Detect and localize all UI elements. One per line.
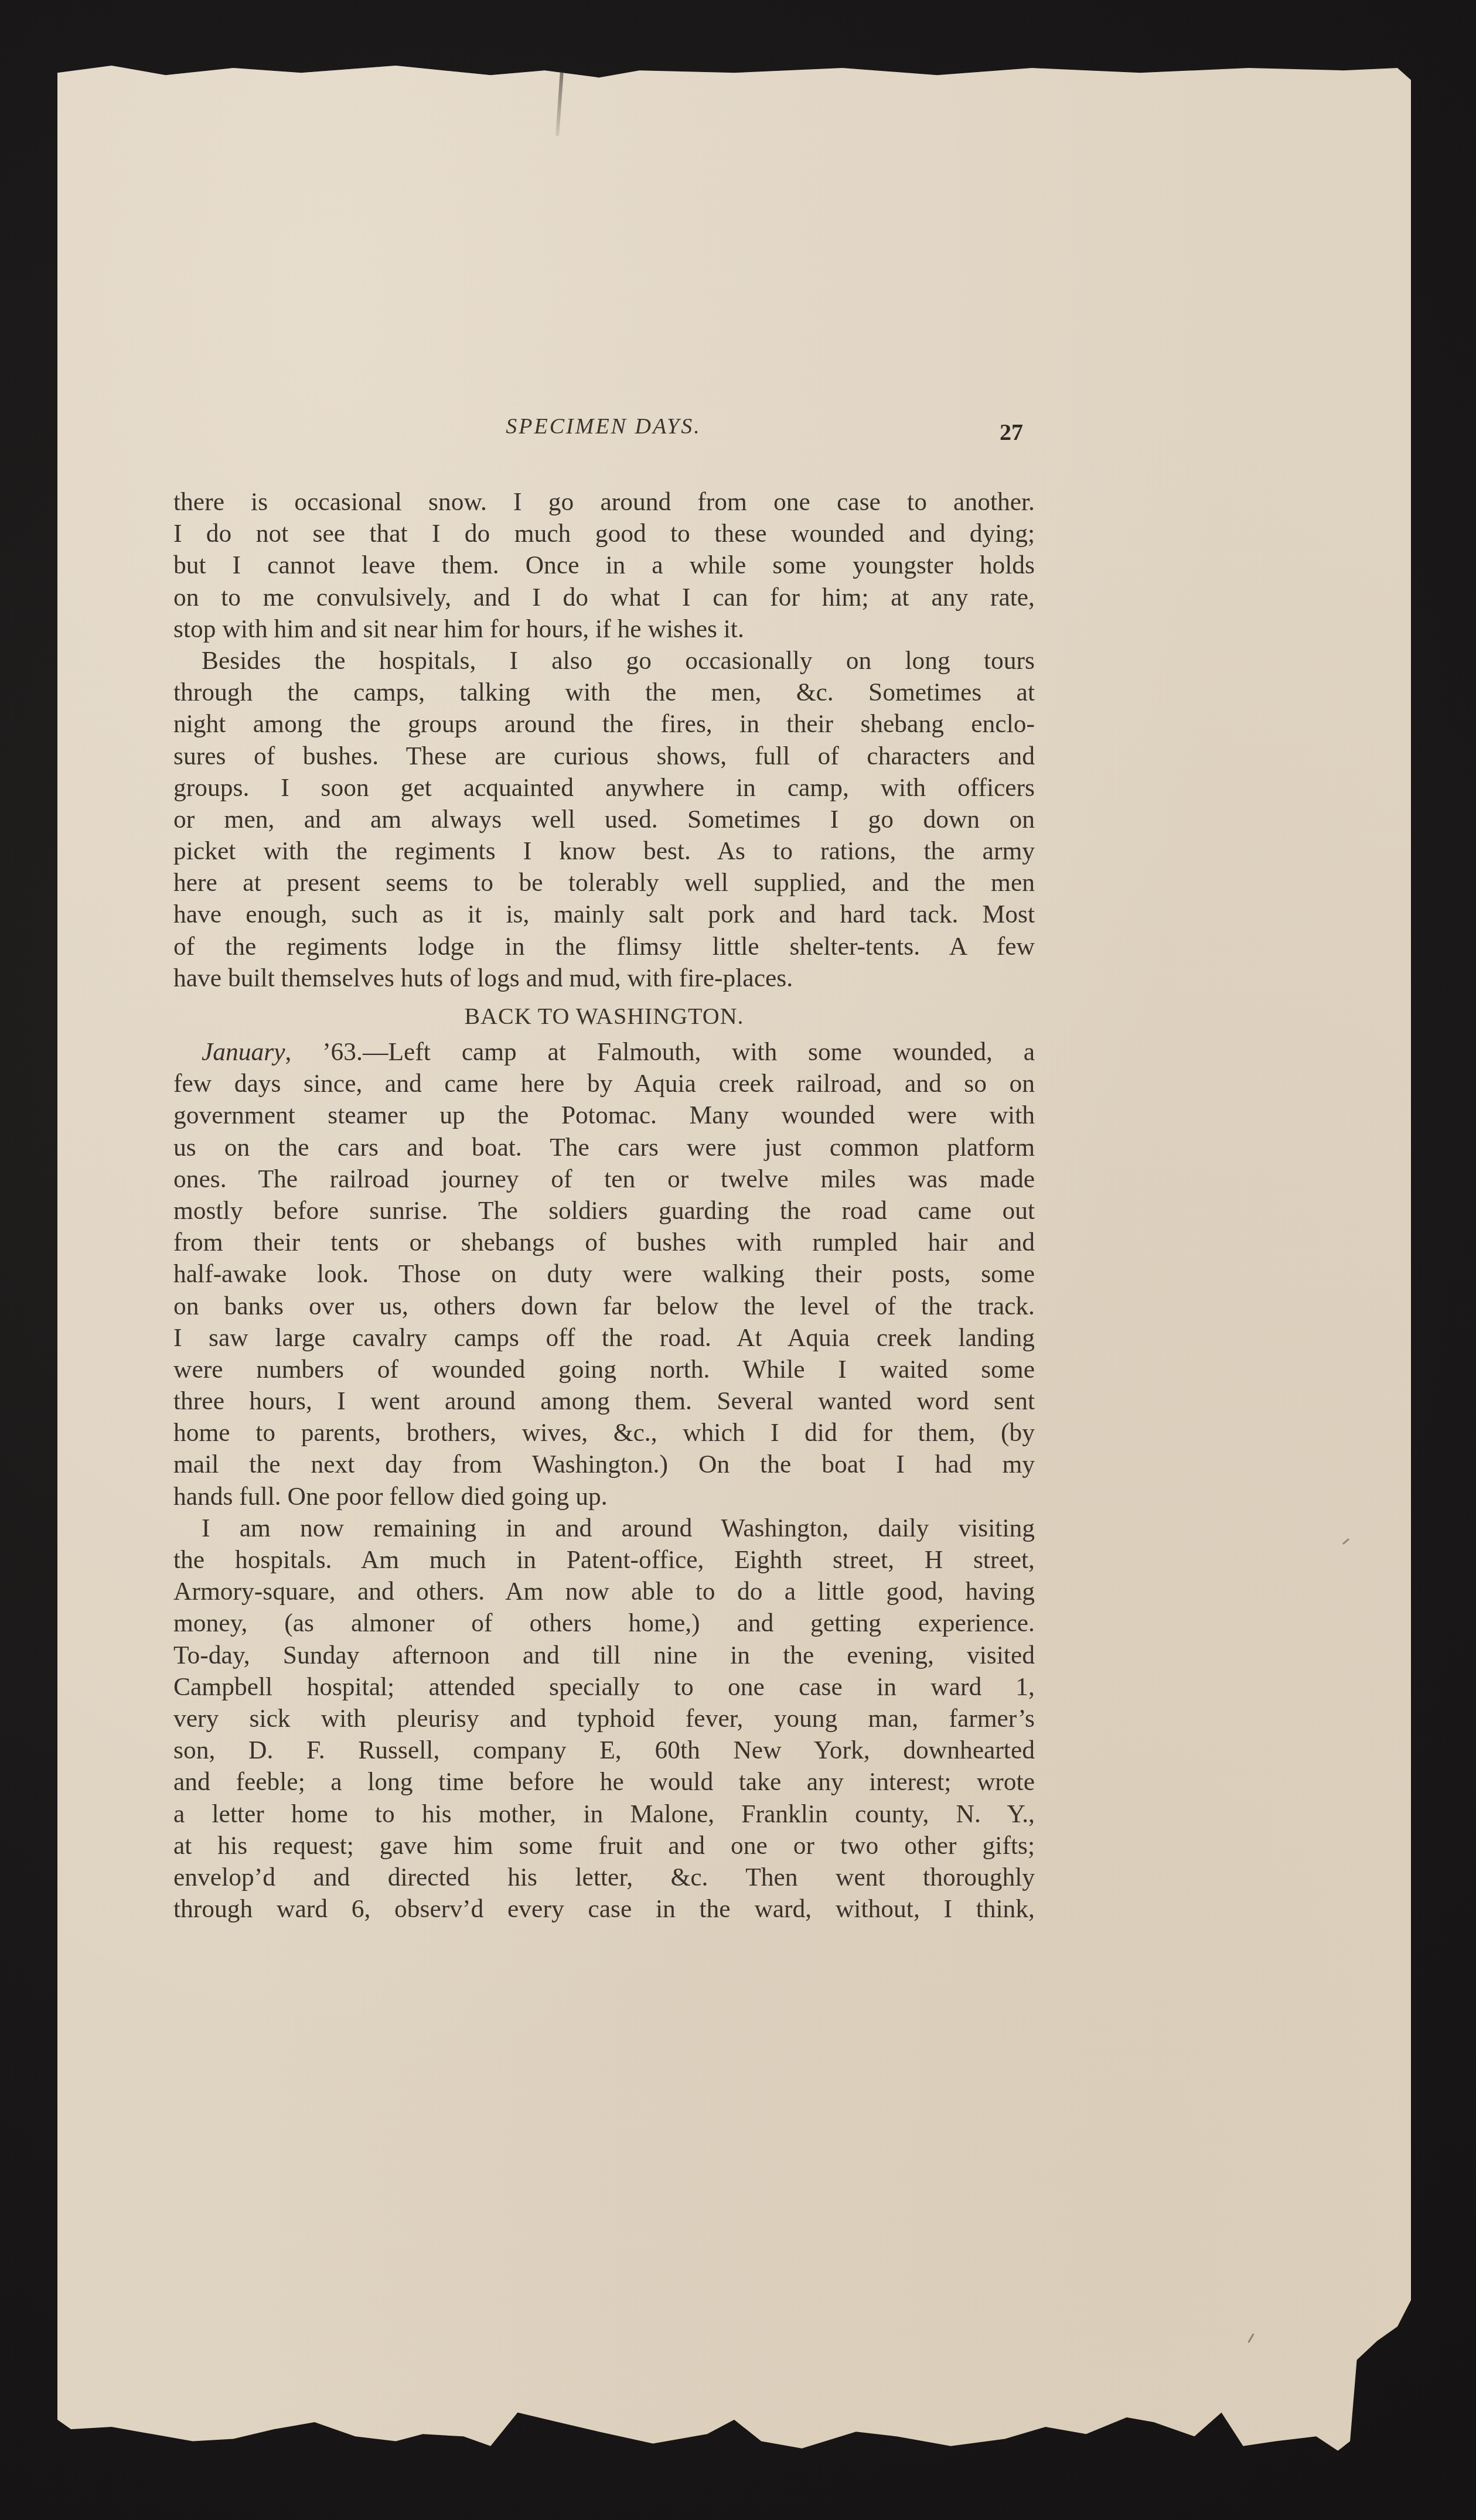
section-heading: BACK TO WASHINGTON. (173, 1000, 1035, 1033)
date-italic: January (202, 1038, 285, 1066)
paragraph-2: Besides the hospitals, I also go occasio… (173, 645, 1035, 994)
line-rest: —Left camp at Falmouth, with some wounde… (363, 1038, 1035, 1066)
page-body: there is occasional snow. I go around fr… (173, 486, 1035, 1925)
text-line: were numbers of wounded going north. Whi… (173, 1354, 1035, 1385)
paragraph-january: January, ’63.—Left camp at Falmouth, wit… (173, 1036, 1035, 1512)
text-line: Besides the hospitals, I also go occasio… (173, 645, 1035, 677)
text-line: on banks over us, others down far below … (173, 1290, 1035, 1322)
text-line: on to me convulsively, and I do what I c… (173, 582, 1035, 613)
text-line: or men, and am always well used. Sometim… (173, 804, 1035, 835)
text-line: but I cannot leave them. Once in a while… (173, 549, 1035, 581)
text-line: To-day, Sunday afternoon and till nine i… (173, 1640, 1035, 1671)
text-line: from their tents or shebangs of bushes w… (173, 1227, 1035, 1258)
text-line: a letter home to his mother, in Malone, … (173, 1798, 1035, 1830)
text-line: January, ’63.—Left camp at Falmouth, wit… (173, 1036, 1035, 1068)
text-line: have built themselves huts of logs and m… (173, 962, 1035, 994)
text-line: the hospitals. Am much in Patent-office,… (173, 1544, 1035, 1576)
running-head: SPECIMEN DAYS. (463, 414, 744, 439)
page-number: 27 (1000, 418, 1023, 446)
text-line: picket with the regiments I know best. A… (173, 835, 1035, 867)
text-line: stop with him and sit near him for hours… (173, 613, 1035, 645)
text-line: mostly before sunrise. The soldiers guar… (173, 1195, 1035, 1227)
text-line: few days since, and came here by Aquia c… (173, 1068, 1035, 1099)
text-line: night among the groups around the fires,… (173, 708, 1035, 740)
text-line: have enough, such as it is, mainly salt … (173, 899, 1035, 930)
text-line: here at present seems to be tolerably we… (173, 867, 1035, 899)
paragraph-1: there is occasional snow. I go around fr… (173, 486, 1035, 645)
text-line: government steamer up the Potomac. Many … (173, 1099, 1035, 1131)
text-line: envelop’d and directed his letter, &c. T… (173, 1862, 1035, 1893)
text-line: home to parents, brothers, wives, &c., w… (173, 1417, 1035, 1449)
text-line: and feeble; a long time before he would … (173, 1766, 1035, 1798)
text-line: through the camps, talking with the men,… (173, 677, 1035, 708)
text-line: Campbell hospital; attended specially to… (173, 1671, 1035, 1703)
text-line: us on the cars and boat. The cars were j… (173, 1132, 1035, 1163)
text-line: sures of bushes. These are curious shows… (173, 740, 1035, 772)
text-line: I do not see that I do much good to thes… (173, 518, 1035, 549)
text-line: Armory-square, and others. Am now able t… (173, 1576, 1035, 1607)
text-line: at his request; gave him some fruit and … (173, 1830, 1035, 1862)
text-line: three hours, I went around among them. S… (173, 1385, 1035, 1417)
date-year: , ’63. (285, 1038, 363, 1066)
text-line: son, D. F. Russell, company E, 60th New … (173, 1734, 1035, 1766)
text-line: of the regiments lodge in the flimsy lit… (173, 931, 1035, 962)
text-line: groups. I soon get acquainted anywhere i… (173, 772, 1035, 804)
text-line: mail the next day from Washington.) On t… (173, 1449, 1035, 1480)
text-line: money, (as almoner of others home,) and … (173, 1607, 1035, 1639)
text-line: I am now remaining in and around Washing… (173, 1512, 1035, 1544)
text-line: ones. The railroad journey of ten or twe… (173, 1163, 1035, 1195)
text-line: half-awake look. Those on duty were walk… (173, 1258, 1035, 1290)
text-line: hands full. One poor fellow died going u… (173, 1481, 1035, 1512)
paragraph-washington: I am now remaining in and around Washing… (173, 1512, 1035, 1925)
text-line: through ward 6, observ’d every case in t… (173, 1893, 1035, 1925)
text-line: I saw large cavalry camps off the road. … (173, 1322, 1035, 1354)
text-line: there is occasional snow. I go around fr… (173, 486, 1035, 518)
text-line: very sick with pleurisy and typhoid feve… (173, 1703, 1035, 1734)
